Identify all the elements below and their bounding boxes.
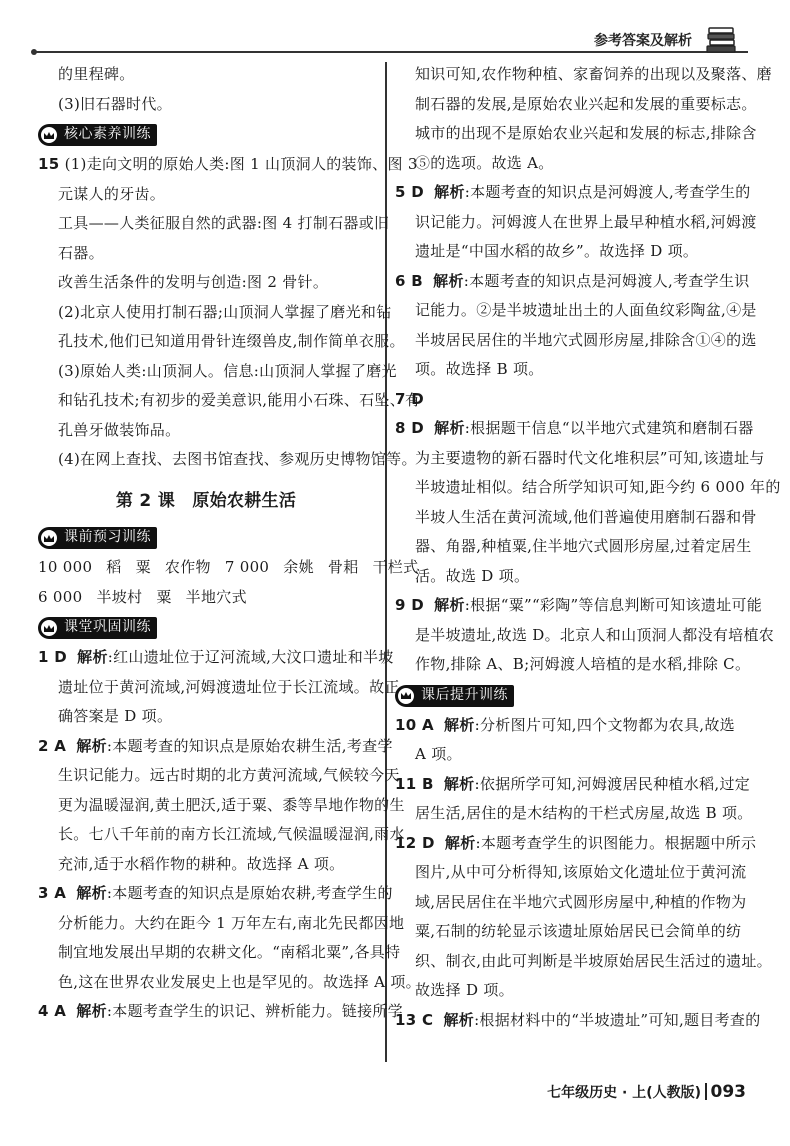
analysis-label: 解析 (76, 884, 107, 902)
fill-answer: 农作物 (165, 558, 211, 576)
page-header: 参考答案及解析 (0, 0, 790, 56)
text-line: :根据题干信息“以半地穴式建筑和磨制石器 (465, 419, 754, 437)
book-title: 七年级历史 · 上(人教版) (547, 1085, 701, 1101)
fill-answer: 7 000 (225, 558, 269, 576)
analysis-label: 解析 (433, 272, 464, 290)
text-line: :本题考查的知识点是河姆渡人,考查学生的 (465, 183, 751, 201)
fill-answer: 半地穴式 (186, 588, 247, 606)
analysis-label: 解析 (445, 834, 476, 852)
crown-icon (396, 686, 416, 706)
answer-number: 12 D (395, 834, 435, 852)
answer-number: 7 D (395, 390, 424, 408)
crown-icon (39, 125, 59, 145)
text-line: 域,居民居住在半地穴式圆形房屋中,种植的作物为 (395, 888, 751, 918)
text-line: :分析图片可知,四个文物都为农具,故选 (475, 716, 735, 734)
text-line: 充沛,适于水稻作物的耕种。故选择 A 项。 (38, 850, 374, 880)
text-line: 作物,排除 A、B;河姆渡人培植的是水稻,排除 C。 (395, 650, 751, 680)
analysis-label: 解析 (434, 183, 465, 201)
text-line: 孔技术,他们已知道用骨针连缀兽皮,制作简单衣服。 (38, 327, 374, 357)
text-line: ⑤的选项。故选 A。 (395, 149, 751, 179)
analysis-label: 解析 (76, 1002, 107, 1020)
fill-answer: 粟 (156, 588, 171, 606)
section-badge-class: 课堂巩固训练 (38, 617, 157, 639)
section-badge-core: 核心素养训练 (38, 124, 157, 146)
section-badge-label: 课后提升训练 (421, 681, 508, 711)
fill-answer: 10 000 (38, 558, 92, 576)
text-line: 工具——人类征服自然的武器:图 4 打制石器或旧 (38, 209, 374, 239)
answer-number: 8 D (395, 419, 424, 437)
text-line: 长。七八千年前的南方长江流域,气候温暖湿润,雨水 (38, 820, 374, 850)
fill-answers-row-1: 10 000稻粟农作物7 000余姚骨耜干栏式 (38, 553, 374, 583)
answer-8: 8 D 解析:根据题干信息“以半地穴式建筑和磨制石器 为主要遗物的新石器时代文化… (395, 414, 751, 591)
right-column: 知识可知,农作物种植、家畜饲养的出现以及聚落、磨 制石器的发展,是原始农业兴起和… (395, 60, 751, 1035)
answer-4: 4 A 解析:本题考查学生的识记、辨析能力。链接所学 (38, 997, 374, 1027)
analysis-label: 解析 (443, 1011, 474, 1029)
text-line: 知识可知,农作物种植、家畜饲养的出现以及聚落、磨 (395, 60, 751, 90)
text-line: :依据所学可知,河姆渡居民种植水稻,过定 (474, 775, 750, 793)
text-line: 器、角器,种植粟,住半地穴式圆形房屋,过着定居生 (395, 532, 751, 562)
text-line: 制宜地发展出早期的农耕文化。“南稻北粟”,各具特 (38, 938, 374, 968)
answer-11: 11 B 解析:依据所学可知,河姆渡居民种植水稻,过定 居生活,居住的是木结构的… (395, 770, 751, 829)
text-line: :本题考查的知识点是原始农耕,考查学生的 (107, 884, 393, 902)
text-line: :根据材料中的“半坡遗址”可知,题目考查的 (474, 1011, 760, 1029)
text-line: 为主要遗物的新石器时代文化堆积层”可知,该遗址与 (395, 444, 751, 474)
text-line: 半坡居民居住的半地穴式圆形房屋,排除含①④的选 (395, 326, 751, 356)
text-line: :本题考查学生的识图能力。根据题中所示 (476, 834, 757, 852)
answer-number: 9 D (395, 596, 424, 614)
answer-13: 13 C 解析:根据材料中的“半坡遗址”可知,题目考查的 (395, 1006, 751, 1036)
text-line: :根据“粟”“彩陶”等信息判断可知该遗址可能 (465, 596, 762, 614)
text-line: 制石器的发展,是原始农业兴起和发展的重要标志。 (395, 90, 751, 120)
crown-icon (39, 618, 59, 638)
footer-separator (705, 1083, 707, 1100)
fill-answers-row-2: 6 000半坡村粟半地穴式 (38, 583, 374, 613)
fill-answer: 余姚 (283, 558, 314, 576)
analysis-label: 解析 (77, 648, 108, 666)
answer-5: 5 D 解析:本题考查的知识点是河姆渡人,考查学生的 识记能力。河姆渡人在世界上… (395, 178, 751, 267)
text-line: :本题考查学生的识记、辨析能力。链接所学 (107, 1002, 403, 1020)
analysis-label: 解析 (434, 419, 465, 437)
book-stack-icon (703, 26, 743, 56)
text-line: (3)原始人类:山顶洞人。信息:山顶洞人掌握了磨光 (38, 357, 374, 387)
answer-7: 7 D (395, 385, 751, 415)
answer-1: 1 D 解析:红山遗址位于辽河流域,大汶口遗址和半坡 遗址位于黄河流域,河姆渡遗… (38, 643, 374, 732)
text-line: :本题考查的知识点是河姆渡人,考查学生识 (464, 272, 750, 290)
answer-12: 12 D 解析:本题考查学生的识图能力。根据题中所示 图片,从中可分析得知,该原… (395, 829, 751, 1006)
text-line: 生识记能力。远古时期的北方黄河流域,气候较今天 (38, 761, 374, 791)
text-line: 是半坡遗址,故选 D。北京人和山顶洞人都没有培植农 (395, 621, 751, 651)
answer-2: 2 A 解析:本题考查的知识点是原始农耕生活,考查学 生识记能力。远古时期的北方… (38, 732, 374, 880)
answer-number: 6 B (395, 272, 423, 290)
fill-answer: 粟 (136, 558, 151, 576)
text-line: 活。故选 D 项。 (395, 562, 751, 592)
text-line: 的里程碑。 (38, 60, 374, 90)
page-footer: 七年级历史 · 上(人教版)093 (547, 1082, 746, 1102)
analysis-label: 解析 (76, 737, 107, 755)
text-line: 项。故选择 B 项。 (395, 355, 751, 385)
answer-number: 2 A (38, 737, 66, 755)
text-line: 粟,石制的纺轮显示该遗址原始居民已会简单的纺 (395, 917, 751, 947)
text-line: 确答案是 D 项。 (38, 702, 374, 732)
text-line: 城市的出现不是原始农业兴起和发展的标志,排除含 (395, 119, 751, 149)
analysis-label: 解析 (444, 716, 475, 734)
text-line: A 项。 (395, 740, 751, 770)
answer-number: 4 A (38, 1002, 66, 1020)
text-line: 和钻孔技术;有初步的爱美意识,能用小石珠、石坠、有 (38, 386, 374, 416)
text-line: 图片,从中可分析得知,该原始文化遗址位于黄河流 (395, 858, 751, 888)
answer-number: 5 D (395, 183, 424, 201)
text-line: (3)旧石器时代。 (38, 90, 374, 120)
text-line: 识记能力。河姆渡人在世界上最早种植水稻,河姆渡 (395, 208, 751, 238)
header-rule (34, 51, 748, 53)
text-line: 分析能力。大约在距今 1 万年左右,南北先民都因地 (38, 909, 374, 939)
text-line: :本题考查的知识点是原始农耕生活,考查学 (107, 737, 393, 755)
analysis-label: 解析 (444, 775, 475, 793)
answer-9: 9 D 解析:根据“粟”“彩陶”等信息判断可知该遗址可能 是半坡遗址,故选 D。… (395, 591, 751, 680)
answer-number: 11 B (395, 775, 434, 793)
section-badge-label: 核心素养训练 (64, 120, 151, 150)
answer-15: 15 (1)走向文明的原始人类:图 1 山顶洞人的装饰、图 3 元谋人的牙齿。 … (38, 150, 374, 475)
text-line: 色,这在世界农业发展史上也是罕见的。故选择 A 项。 (38, 968, 374, 998)
section-badge-label: 课堂巩固训练 (64, 613, 151, 643)
answer-number: 3 A (38, 884, 66, 902)
answer-6: 6 B 解析:本题考查的知识点是河姆渡人,考查学生识 记能力。②是半坡遗址出土的… (395, 267, 751, 385)
section-badge-preview: 课前预习训练 (38, 527, 157, 549)
text-line: 改善生活条件的发明与创造:图 2 骨针。 (38, 268, 374, 298)
text-line: 半坡遗址相似。结合所学知识可知,距今约 6 000 年的 (395, 473, 751, 503)
text-line: 石器。 (38, 239, 374, 269)
section-badge-after: 课后提升训练 (395, 685, 514, 707)
page-number: 093 (711, 1082, 747, 1102)
crown-icon (39, 528, 59, 548)
text-line: 织、制衣,由此可判断是半坡原始居民生活过的遗址。 (395, 947, 751, 977)
text-line: 记能力。②是半坡遗址出土的人面鱼纹彩陶盆,④是 (395, 296, 751, 326)
text-line: :红山遗址位于辽河流域,大汶口遗址和半坡 (108, 648, 394, 666)
section-badge-label: 课前预习训练 (64, 523, 151, 553)
text-line: 故选择 D 项。 (395, 976, 751, 1006)
answer-number: 1 D (38, 648, 67, 666)
answer-number: 10 A (395, 716, 434, 734)
analysis-label: 解析 (434, 596, 465, 614)
text-line: 居生活,居住的是木结构的干栏式房屋,故选 B 项。 (395, 799, 751, 829)
text-line: (2)北京人使用打制石器;山顶洞人掌握了磨光和钻 (38, 298, 374, 328)
text-line: 遗址位于黄河流域,河姆渡遗址位于长江流域。故正 (38, 673, 374, 703)
header-title: 参考答案及解析 (594, 30, 692, 50)
text-line: 半坡人生活在黄河流域,他们普遍使用磨制石器和骨 (395, 503, 751, 533)
fill-answer: 半坡村 (96, 588, 142, 606)
left-column: 的里程碑。 (3)旧石器时代。 核心素养训练 15 (1)走向文明的原始人类:图… (38, 60, 374, 1027)
text-line: 更为温暖湿润,黄土肥沃,适于粟、黍等旱地作物的生 (38, 791, 374, 821)
answer-number: 15 (38, 155, 59, 173)
lesson-title: 第 2 课 原始农耕生活 (38, 487, 374, 517)
answer-number: 13 C (395, 1011, 433, 1029)
fill-answer: 6 000 (38, 588, 82, 606)
answer-3: 3 A 解析:本题考查的知识点是原始农耕,考查学生的 分析能力。大约在距今 1 … (38, 879, 374, 997)
answer-10: 10 A 解析:分析图片可知,四个文物都为农具,故选 A 项。 (395, 711, 751, 770)
fill-answer: 骨耜 (328, 558, 359, 576)
fill-answer: 稻 (106, 558, 121, 576)
text-line: (4)在网上查找、去图书馆查找、参观历史博物馆等。 (38, 445, 374, 475)
text-line: 遗址是“中国水稻的故乡”。故选择 D 项。 (395, 237, 751, 267)
text-line: 元谋人的牙齿。 (38, 180, 374, 210)
text-line: (1)走向文明的原始人类:图 1 山顶洞人的装饰、图 3 (65, 155, 418, 173)
text-line: 孔兽牙做装饰品。 (38, 416, 374, 446)
